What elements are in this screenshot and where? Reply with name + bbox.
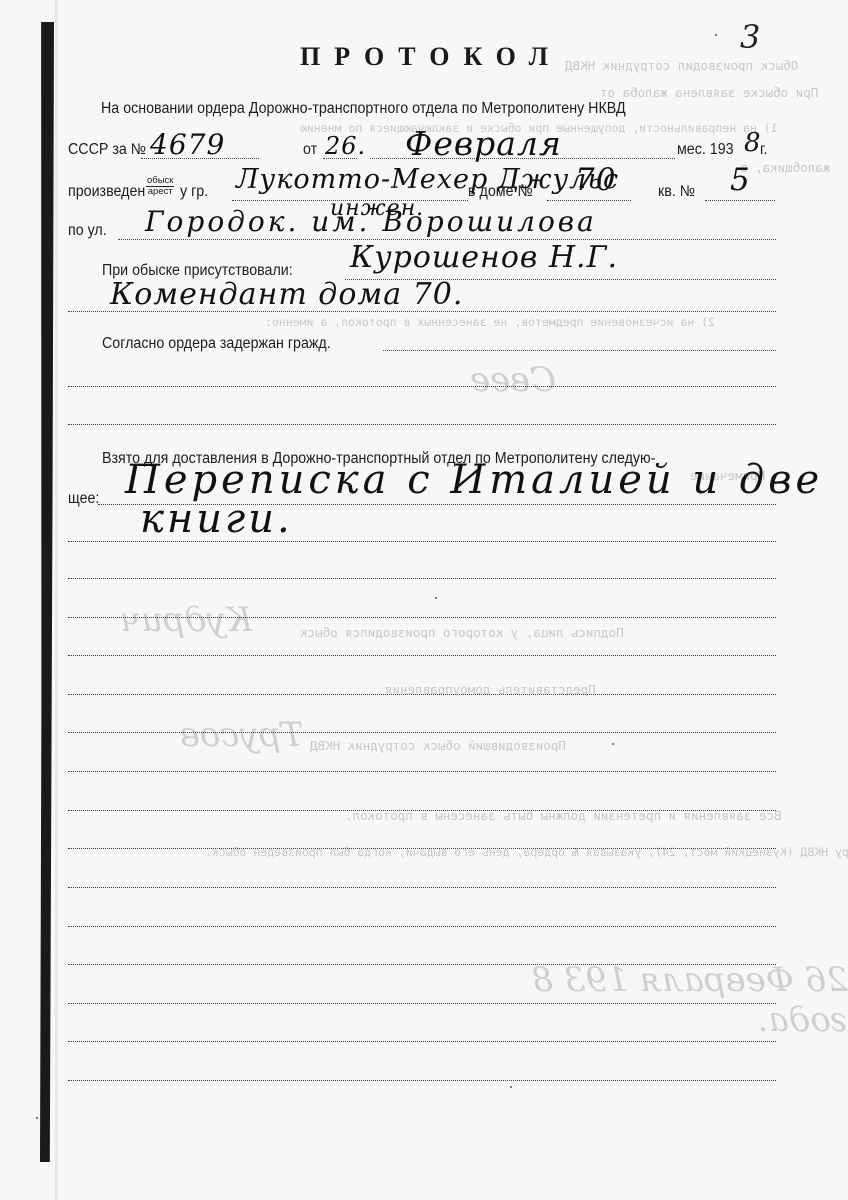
blank-line <box>68 771 776 772</box>
blank-line <box>68 617 776 618</box>
search-arrest-fraction: обыск арест <box>146 176 174 197</box>
attendee-role-value: Комендант дома 70. <box>110 277 463 312</box>
order-number-value: 4679 <box>150 128 225 161</box>
binding-edge <box>40 22 54 1162</box>
house-number-value: 70 <box>575 162 616 198</box>
apartment-label: кв. № <box>658 183 695 201</box>
blank-line <box>68 810 776 811</box>
paper-speck <box>612 743 614 745</box>
paper-speck <box>435 597 437 599</box>
house-field-line <box>547 200 631 201</box>
paper-speck <box>715 34 717 36</box>
blank-line <box>68 1003 776 1004</box>
month-year-label: мес. 193 <box>677 141 734 159</box>
bleed-through-signature: Кудрич <box>120 600 252 640</box>
ussr-order-label: СССР за № <box>68 141 146 159</box>
year-suffix-label: г. <box>760 141 767 159</box>
bleed-through-text: При обыске заявлена жалоба от <box>600 85 818 100</box>
from-label: от <box>303 141 317 159</box>
detained-label: Согласно ордера задержан гражд. <box>102 335 331 353</box>
attendee-name-value: Курошенов Н.Г. <box>350 240 618 275</box>
blank-line <box>68 926 776 927</box>
street-label: по ул. <box>68 222 107 240</box>
blank-line <box>68 964 776 965</box>
detained-field-line <box>383 350 776 351</box>
bleed-through-signature: Трусов <box>180 715 303 755</box>
year-digit-value: 8 <box>744 128 762 158</box>
bleed-through-date: 26 Февраля 193 8 года. <box>470 960 848 1040</box>
seized-label-line2: щее: <box>68 490 99 508</box>
order-basis-text: На основании ордера Дорожно-транспортног… <box>101 100 626 118</box>
month-value: Февраля <box>405 124 562 163</box>
bleed-through-text: жалобщика, в <box>740 160 830 175</box>
blank-line <box>68 578 776 579</box>
blank-line <box>68 1041 776 1042</box>
citizen-label: у гр. <box>180 183 208 201</box>
bleed-through-signature: Свее <box>470 360 556 400</box>
protocol-document-page: Обыск производил сотрудник НКВД При обыс… <box>0 0 848 1200</box>
blank-line <box>68 424 776 425</box>
blank-line <box>68 1080 776 1081</box>
blank-line <box>68 732 776 733</box>
bleed-through-text: 2) на исчезновение предметов, не занесен… <box>265 315 715 329</box>
street-value: Городок. им. Ворошилова <box>145 205 597 238</box>
blank-line <box>68 386 776 387</box>
blank-line <box>68 655 776 656</box>
bleed-through-text: Подпись лица, у которого производился об… <box>300 625 624 640</box>
seized-items-value-2: книги. <box>140 496 293 542</box>
fraction-arrest: арест <box>146 187 174 197</box>
citizen-name-value: Лукотто-Мехер Джульс <box>236 164 619 195</box>
blank-line <box>68 694 776 695</box>
house-label: в доме № <box>468 183 533 201</box>
page-fold-shadow <box>55 0 58 1200</box>
paper-speck <box>36 1117 38 1119</box>
performed-label: произведен <box>68 183 145 201</box>
apartment-number-value: 5 <box>730 162 751 198</box>
blank-line <box>68 848 776 849</box>
day-value: 26. <box>325 132 366 160</box>
blank-line <box>68 887 776 888</box>
bleed-through-text: Производивший обыск сотрудник НКВД <box>310 738 566 753</box>
apartment-field-line <box>705 200 775 201</box>
document-title: ПРОТОКОЛ <box>0 42 848 72</box>
paper-speck <box>510 1086 512 1088</box>
